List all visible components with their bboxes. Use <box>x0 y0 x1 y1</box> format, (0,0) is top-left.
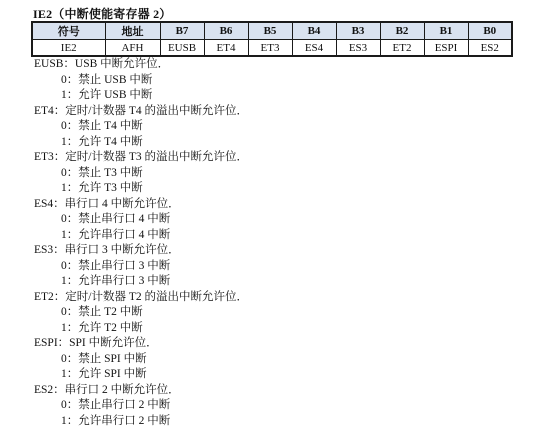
bit-option: 1：允许 T3 中断 <box>61 181 539 197</box>
bit-heading: ES2：串行口 2 中断允许位． <box>34 383 539 399</box>
bit-option: 1：允许串行口 2 中断 <box>61 414 539 430</box>
bit-heading: ET2：定时/计数器 T2 的溢出中断允许位． <box>34 290 539 306</box>
document-page: IE2（中断使能寄存器 2） 符号 地址 B7 B6 B5 B4 B3 B2 B… <box>0 0 539 431</box>
header-b1: B1 <box>424 22 468 40</box>
cell-b0: ES2 <box>468 40 512 57</box>
bit-option: 1：允许串行口 3 中断 <box>61 274 539 290</box>
bit-heading: EUSB：USB 中断允许位． <box>34 57 539 73</box>
bit-heading: ES3：串行口 3 中断允许位． <box>34 243 539 259</box>
header-b7: B7 <box>160 22 204 40</box>
header-b0: B0 <box>468 22 512 40</box>
header-symbol: 符号 <box>32 22 105 40</box>
bit-option: 0：禁止 USB 中断 <box>61 73 539 89</box>
bit-option: 0：禁止 T2 中断 <box>61 305 539 321</box>
bit-heading: ESPI：SPI 中断允许位． <box>34 336 539 352</box>
bit-section-et3: ET3：定时/计数器 T3 的溢出中断允许位． 0：禁止 T3 中断 1：允许 … <box>0 150 539 197</box>
cell-address: AFH <box>105 40 160 57</box>
bit-heading: ET3：定时/计数器 T3 的溢出中断允许位． <box>34 150 539 166</box>
header-address: 地址 <box>105 22 160 40</box>
bit-option: 0：禁止 SPI 中断 <box>61 352 539 368</box>
header-b6: B6 <box>204 22 248 40</box>
bit-descriptions: EUSB：USB 中断允许位． 0：禁止 USB 中断 1：允许 USB 中断 … <box>0 57 539 429</box>
bit-option: 1：允许 SPI 中断 <box>61 367 539 383</box>
bit-option: 1：允许串行口 4 中断 <box>61 228 539 244</box>
cell-b1: ESPI <box>424 40 468 57</box>
cell-b7: EUSB <box>160 40 204 57</box>
cell-b3: ES3 <box>336 40 380 57</box>
bit-option: 0：禁止串行口 2 中断 <box>61 398 539 414</box>
bit-section-es3: ES3：串行口 3 中断允许位． 0：禁止串行口 3 中断 1：允许串行口 3 … <box>0 243 539 290</box>
bit-option: 0：禁止 T4 中断 <box>61 119 539 135</box>
table-value-row: IE2 AFH EUSB ET4 ET3 ES4 ES3 ET2 ESPI ES… <box>32 40 512 57</box>
bit-heading: ES4：串行口 4 中断允许位． <box>34 197 539 213</box>
register-title: IE2（中断使能寄存器 2） <box>33 5 171 22</box>
bit-option: 0：禁止串行口 3 中断 <box>61 259 539 275</box>
header-b5: B5 <box>248 22 292 40</box>
bit-option: 0：禁止串行口 4 中断 <box>61 212 539 228</box>
header-b2: B2 <box>380 22 424 40</box>
header-b3: B3 <box>336 22 380 40</box>
header-b4: B4 <box>292 22 336 40</box>
bit-section-es2: ES2：串行口 2 中断允许位． 0：禁止串行口 2 中断 1：允许串行口 2 … <box>0 383 539 430</box>
cell-b2: ET2 <box>380 40 424 57</box>
cell-b6: ET4 <box>204 40 248 57</box>
cell-b4: ES4 <box>292 40 336 57</box>
table-header-row: 符号 地址 B7 B6 B5 B4 B3 B2 B1 B0 <box>32 22 512 40</box>
register-bit-table: 符号 地址 B7 B6 B5 B4 B3 B2 B1 B0 IE2 AFH EU… <box>31 21 513 57</box>
bit-option: 1：允许 T2 中断 <box>61 321 539 337</box>
bit-option: 1：允许 T4 中断 <box>61 135 539 151</box>
bit-section-et4: ET4：定时/计数器 T4 的溢出中断允许位． 0：禁止 T4 中断 1：允许 … <box>0 104 539 151</box>
bit-section-espi: ESPI：SPI 中断允许位． 0：禁止 SPI 中断 1：允许 SPI 中断 <box>0 336 539 383</box>
bit-option: 1：允许 USB 中断 <box>61 88 539 104</box>
bit-heading: ET4：定时/计数器 T4 的溢出中断允许位． <box>34 104 539 120</box>
cell-symbol: IE2 <box>32 40 105 57</box>
bit-section-eusb: EUSB：USB 中断允许位． 0：禁止 USB 中断 1：允许 USB 中断 <box>0 57 539 104</box>
bit-section-et2: ET2：定时/计数器 T2 的溢出中断允许位． 0：禁止 T2 中断 1：允许 … <box>0 290 539 337</box>
bit-section-es4: ES4：串行口 4 中断允许位． 0：禁止串行口 4 中断 1：允许串行口 4 … <box>0 197 539 244</box>
bit-option: 0：禁止 T3 中断 <box>61 166 539 182</box>
cell-b5: ET3 <box>248 40 292 57</box>
